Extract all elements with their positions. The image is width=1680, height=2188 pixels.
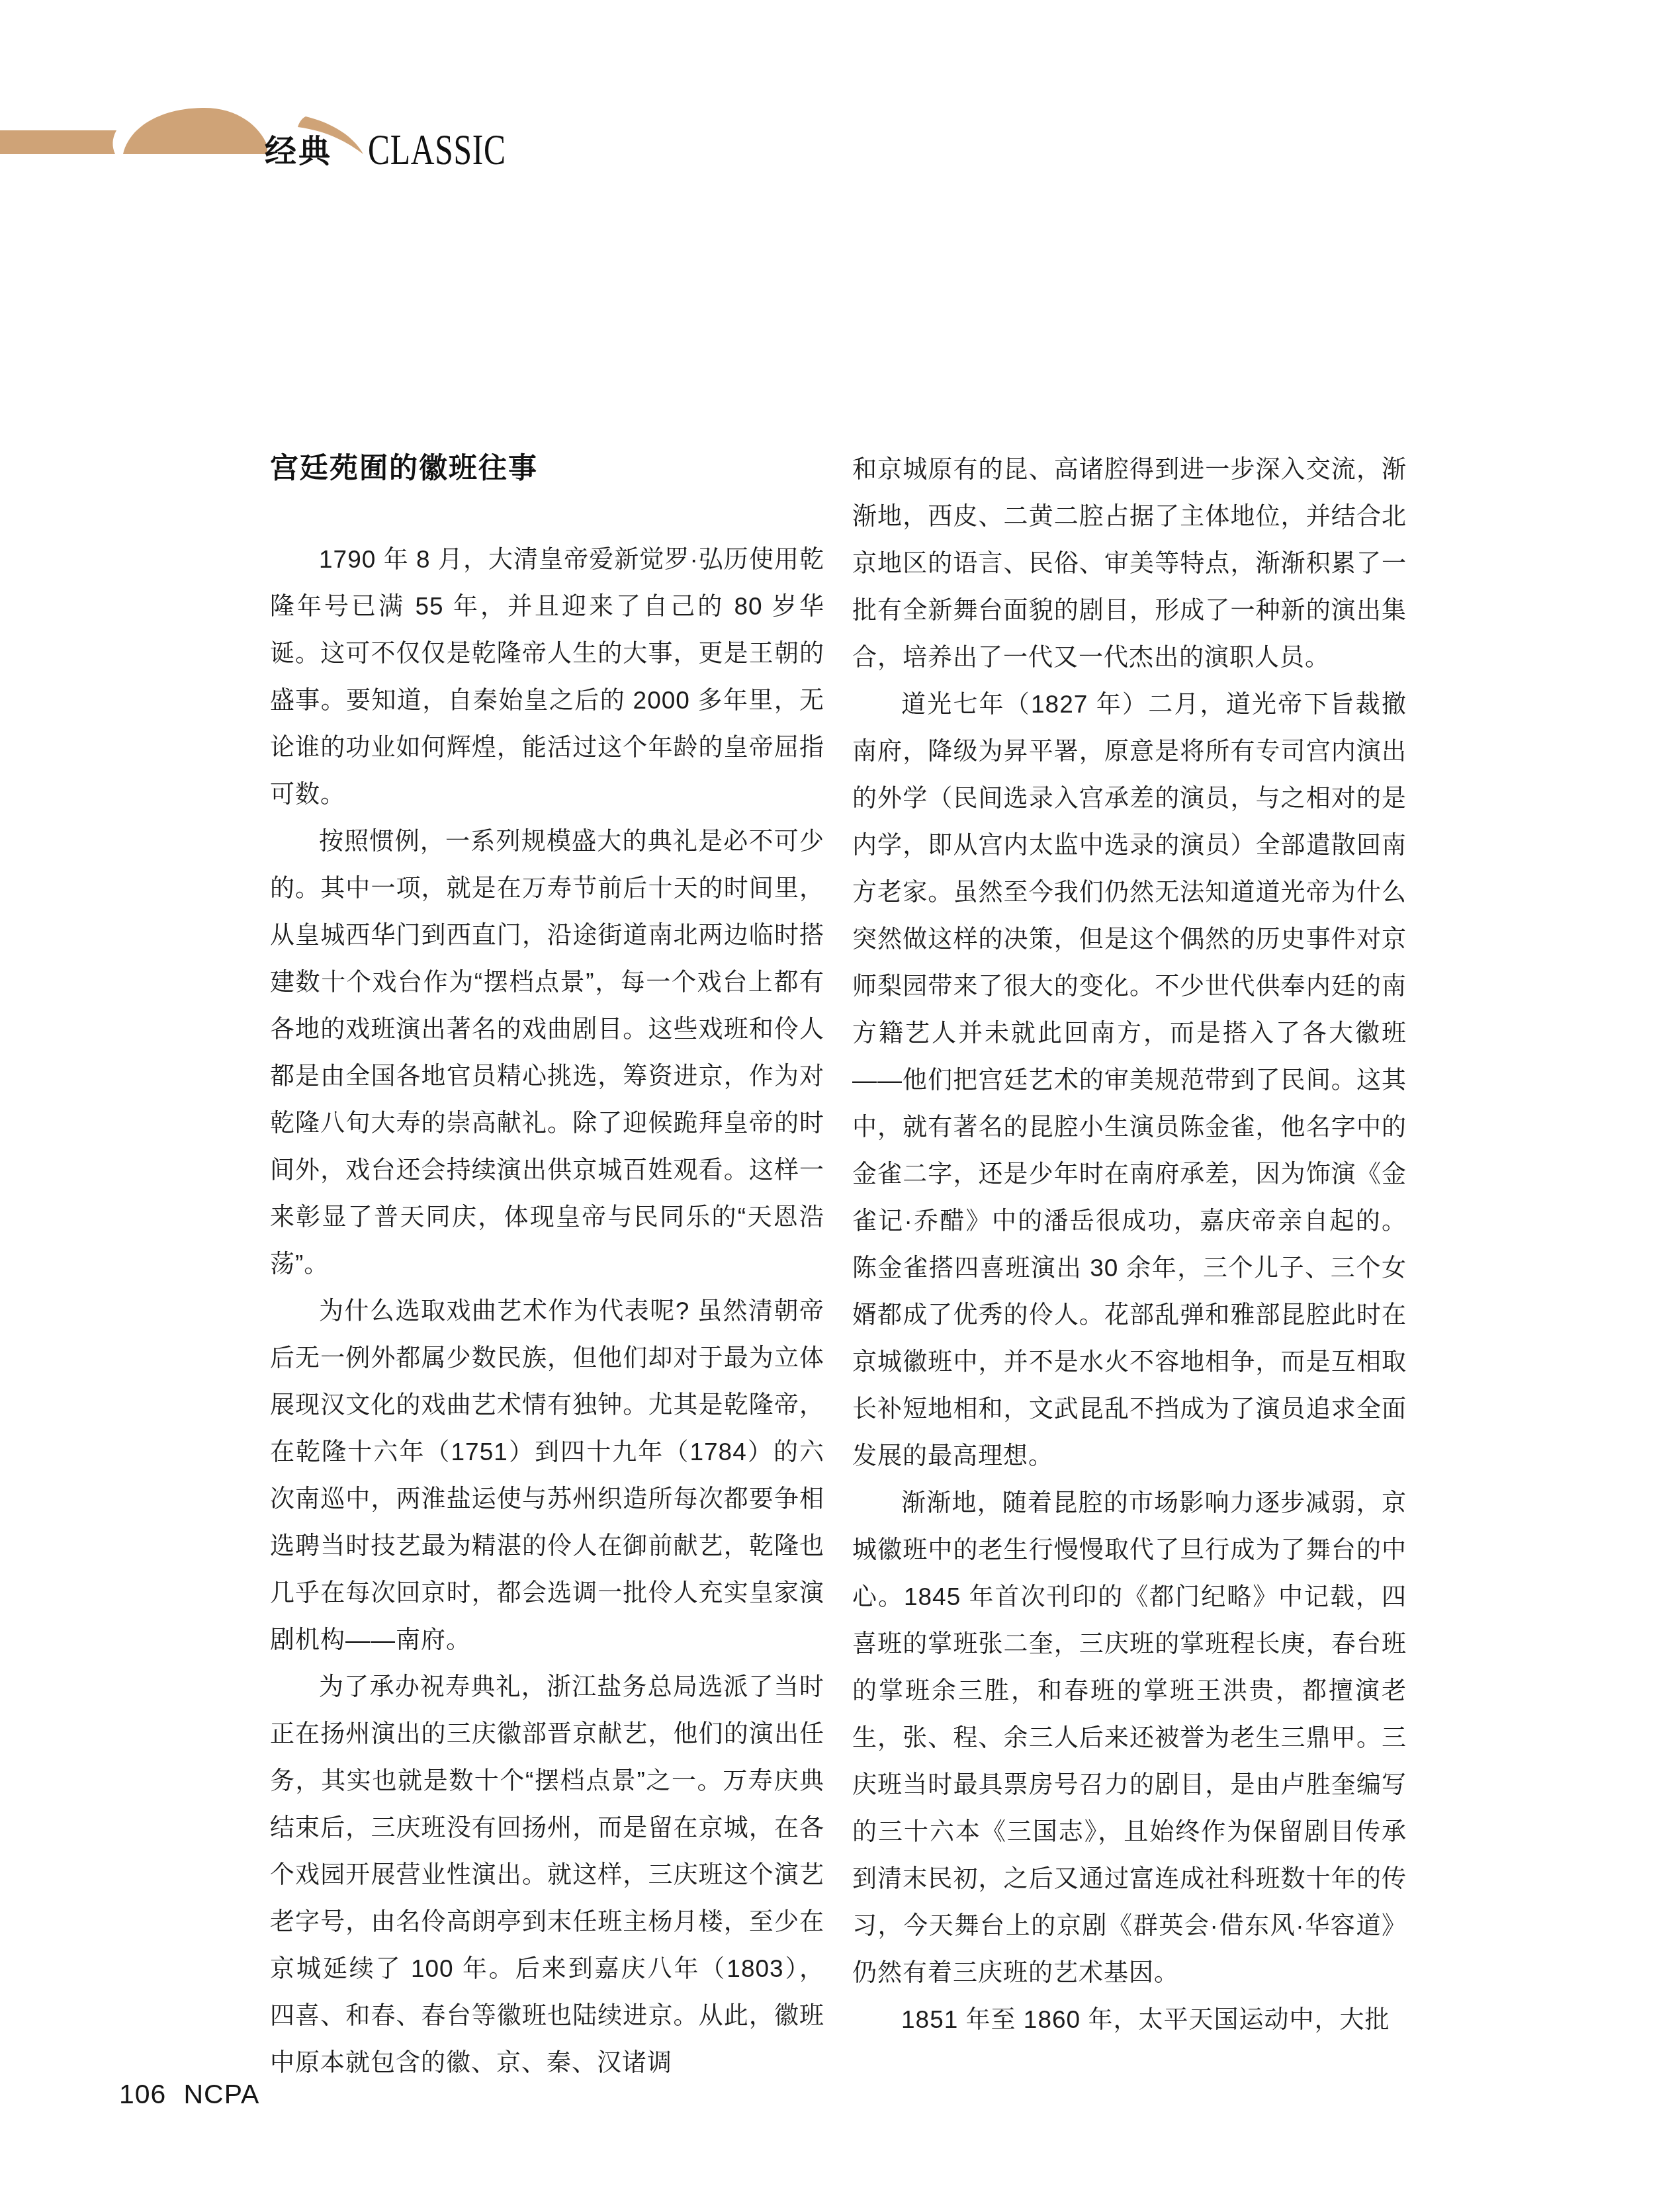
paragraph: 和京城原有的昆、高诸腔得到进一步深入交流，渐渐地，西皮、二黄二腔占据了主体地位，…: [852, 446, 1407, 681]
journal-brand: NCPA: [183, 2079, 259, 2110]
swoosh-bar: [0, 130, 116, 154]
paragraph: 1851 年至 1860 年，太平天国运动中，大批: [852, 1996, 1407, 2043]
brand-chinese-label: 经典: [265, 136, 332, 168]
article-left-column: 宫廷苑囿的徽班往事 1790 年 8 月，大清皇帝爱新觉罗·弘历使用乾隆年号已满…: [270, 454, 824, 2086]
paragraph: 道光七年（1827 年）二月，道光帝下旨裁撤南府，降级为昇平署，原意是将所有专司…: [852, 681, 1407, 1479]
page-footer: 106 NCPA: [119, 2079, 259, 2110]
paragraph: 为什么选取戏曲艺术作为代表呢? 虽然清朝帝后无一例外都属少数民族，但他们却对于最…: [270, 1288, 824, 1663]
magazine-page: 经典 CLASSIC 宫廷苑囿的徽班往事 1790 年 8 月，大清皇帝爱新觉罗…: [0, 0, 1680, 2188]
paragraph: 为了承办祝寿典礼，浙江盐务总局选派了当时正在扬州演出的三庆徽部晋京献艺，他们的演…: [270, 1663, 824, 2086]
brand-english-label: CLASSIC: [368, 128, 506, 172]
page-number: 106: [119, 2079, 166, 2110]
paragraph: 1790 年 8 月，大清皇帝爱新觉罗·弘历使用乾隆年号已满 55 年，并且迎来…: [270, 536, 824, 818]
paragraph: 按照惯例，一系列规模盛大的典礼是必不可少的。其中一项，就是在万寿节前后十天的时间…: [270, 818, 824, 1288]
article-heading: 宫廷苑囿的徽班往事: [270, 454, 824, 483]
page-header: 经典 CLASSIC: [0, 99, 543, 185]
article-right-column: 和京城原有的昆、高诸腔得到进一步深入交流，渐渐地，西皮、二黄二腔占据了主体地位，…: [852, 446, 1407, 2043]
left-column-paragraphs: 1790 年 8 月，大清皇帝爱新觉罗·弘历使用乾隆年号已满 55 年，并且迎来…: [270, 536, 824, 2086]
right-column-paragraphs: 和京城原有的昆、高诸腔得到进一步深入交流，渐渐地，西皮、二黄二腔占据了主体地位，…: [852, 446, 1407, 2043]
paragraph: 渐渐地，随着昆腔的市场影响力逐步减弱，京城徽班中的老生行慢慢取代了旦行成为了舞台…: [852, 1479, 1407, 1996]
swoosh-dome: [123, 108, 267, 154]
